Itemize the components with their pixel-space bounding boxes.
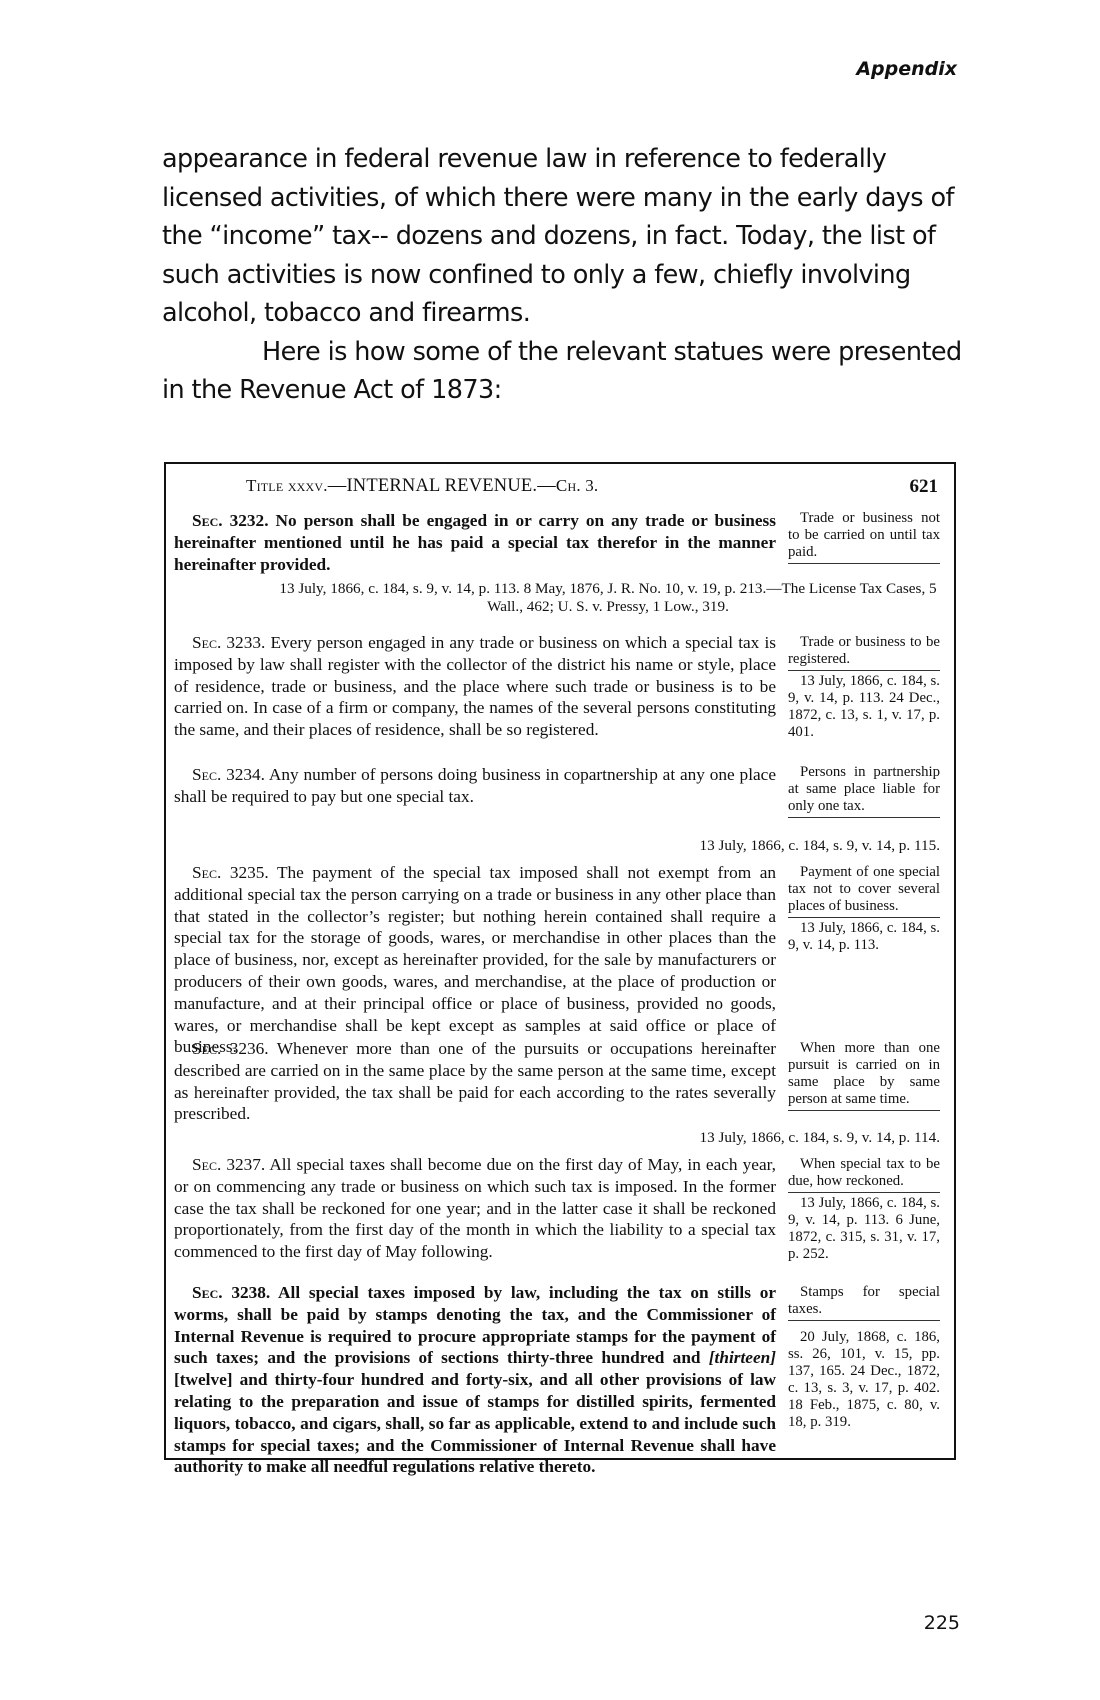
section-3233: Sec. 3233. Every person engaged in any t…: [174, 632, 776, 741]
intro-text: appearance in federal revenue law in ref…: [162, 140, 962, 410]
section-3232: Sec. 3232. No person shall be engaged in…: [174, 510, 776, 575]
margin-note-3232: Trade or business not to be carried on u…: [788, 510, 940, 564]
section-3236: Sec. 3236. Whenever more than one of the…: [174, 1038, 776, 1125]
citation-3234: 13 July, 1866, c. 184, s. 9, v. 14, p. 1…: [700, 837, 940, 855]
section-3235: Sec. 3235. The payment of the special ta…: [174, 862, 776, 1058]
scan-running-head: Title xxxv.—INTERNAL REVENUE.—Ch. 3. 621: [166, 476, 954, 500]
page-number: 225: [924, 1612, 960, 1634]
margin-note-3234: Persons in partnership at same place lia…: [788, 764, 940, 818]
citation-3236: 13 July, 1866, c. 184, s. 9, v. 14, p. 1…: [700, 1129, 940, 1147]
margin-note-3237: When special tax to be due, how reckoned…: [788, 1156, 940, 1263]
margin-note-3233: Trade or business to be registered. 13 J…: [788, 634, 940, 741]
margin-note-3238: Stamps for special taxes. 20 July, 1868,…: [788, 1284, 940, 1431]
section-3237: Sec. 3237. All special taxes shall becom…: [174, 1154, 776, 1263]
section-3234: Sec. 3234. Any number of persons doing b…: [174, 764, 776, 808]
margin-note-3235: Payment of one special tax not to cover …: [788, 864, 940, 954]
margin-note-3236: When more than one pursuit is carried on…: [788, 1040, 940, 1111]
intro-paragraph-1: appearance in federal revenue law in ref…: [162, 140, 962, 333]
section-3238: Sec. 3238. All special taxes imposed by …: [174, 1282, 776, 1478]
scanned-statute-excerpt: Title xxxv.—INTERNAL REVENUE.—Ch. 3. 621…: [164, 462, 956, 1460]
scan-page-number: 621: [910, 476, 939, 498]
intro-paragraph-2: Here is how some of the relevant statues…: [162, 333, 962, 410]
citation-3232: 13 July, 1866, c. 184, s. 9, v. 14, p. 1…: [276, 580, 940, 616]
scan-title: Title xxxv.—INTERNAL REVENUE.—Ch. 3.: [246, 476, 598, 497]
running-header: Appendix: [856, 58, 957, 80]
